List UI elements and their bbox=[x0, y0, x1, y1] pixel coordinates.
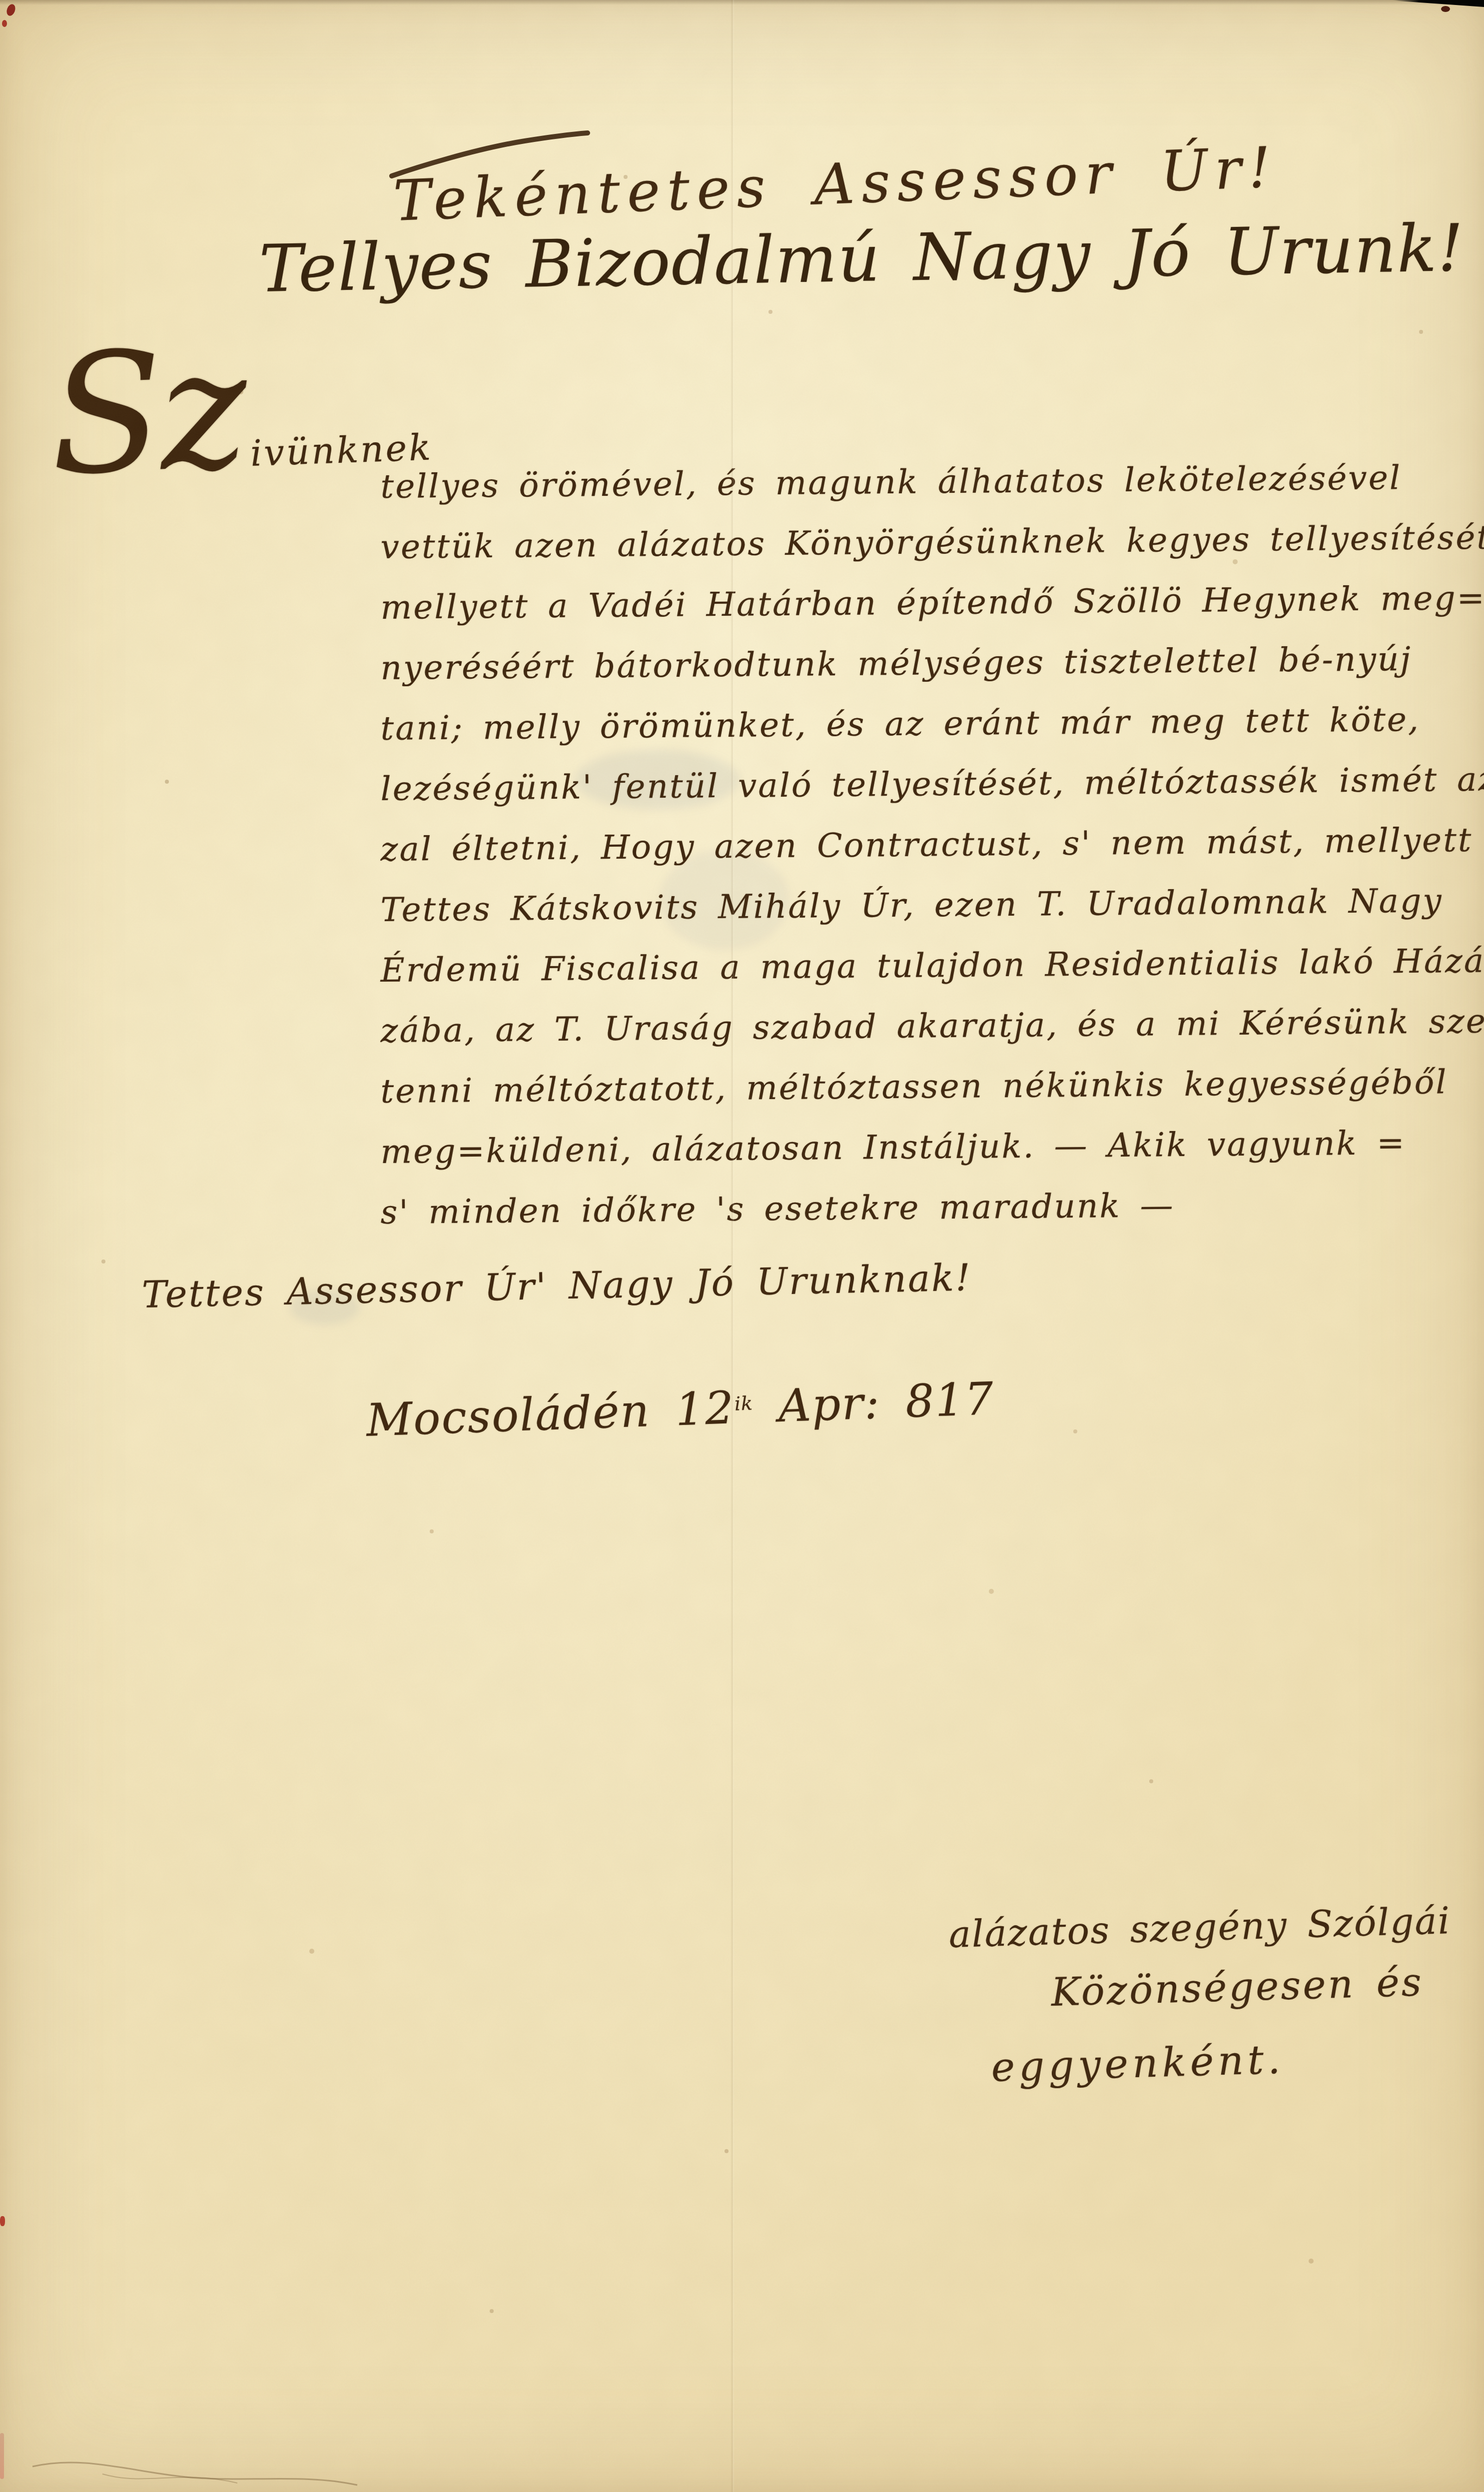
body-line: tellyes örömével, és magunk álhatatos le… bbox=[380, 458, 1402, 506]
date-month-year: Apr: 817 bbox=[777, 1372, 995, 1432]
dateline: Mocsoládén 12ik Apr: 817 bbox=[365, 1372, 995, 1447]
paper-wrinkle-lines bbox=[27, 2439, 367, 2489]
scan-edge-sliver bbox=[1392, 0, 1484, 7]
paper-speck bbox=[0, 2216, 5, 2226]
body-line: zal éltetni, Hogy azen Contractust, s' n… bbox=[380, 821, 1473, 869]
manuscript-letter-page: Tekéntetes Assessor Úr! Tellyes Bizodalm… bbox=[0, 0, 1484, 2492]
paper-speck bbox=[0, 2433, 4, 2479]
address-line: Tettes Assessor Úr' Nagy Jó Urunknak! bbox=[141, 1256, 972, 1316]
opening-word: Szivünknek bbox=[48, 337, 433, 482]
vertical-fold-crease bbox=[731, 0, 735, 2492]
date-day: 12 bbox=[675, 1381, 736, 1436]
place-name: Mocsoládén bbox=[365, 1384, 651, 1447]
date-day-suffix: ik bbox=[734, 1392, 753, 1415]
signature-line: Közönségesen és bbox=[1050, 1960, 1424, 2015]
body-line: Érdemü Fiscalisa a maga tulajdon Residen… bbox=[380, 942, 1484, 990]
body-line: Tettes Kátskovits Mihály Úr, ezen T. Ura… bbox=[380, 881, 1443, 929]
body-line: lezéségünk' fentül való tellyesítését, m… bbox=[380, 760, 1484, 808]
body-line: vettük azen alázatos Könyörgésünknek keg… bbox=[380, 518, 1484, 566]
body-line: meg=küldeni, alázatosan Instáljuk. — Aki… bbox=[380, 1124, 1406, 1171]
opening-initial-letter: Sz bbox=[48, 343, 246, 482]
body-line: s' minden időkre 's esetekre maradunk — bbox=[380, 1186, 1174, 1232]
body-line: nyeréséért bátorkodtunk mélységes tiszte… bbox=[380, 640, 1412, 687]
paper-speck bbox=[5, 3, 16, 17]
body-line: tani; melly örömünket, és az eránt már m… bbox=[380, 700, 1420, 748]
signature-line: alázatos szegény Szólgái bbox=[948, 1899, 1452, 1956]
paper-fiber-specks bbox=[0, 0, 2, 2]
signature-line: eggyenként. bbox=[990, 2036, 1285, 2091]
paper-speck bbox=[1441, 6, 1450, 12]
body-line: tenni méltóztatott, méltóztassen nékünki… bbox=[380, 1063, 1448, 1111]
body-line: mellyett a Vadéi Határban építendő Szöll… bbox=[380, 579, 1484, 627]
body-line: zába, az T. Uraság szabad akaratja, és a… bbox=[380, 1001, 1484, 1050]
paper-speck bbox=[2, 20, 7, 27]
